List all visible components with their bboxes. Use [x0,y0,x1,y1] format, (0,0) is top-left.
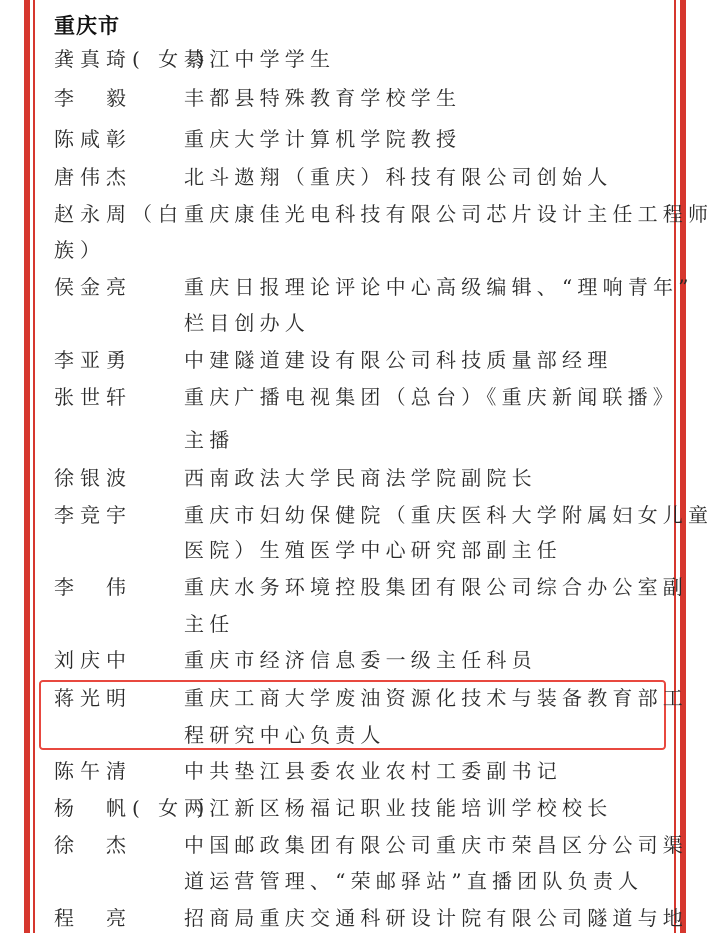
person-title: 重庆市经济信息委一级主任科员 [184,645,537,675]
person-name: 刘庆中 [54,645,132,675]
person-title: 中国邮政集团有限公司重庆市荣昌区分公司渠 [184,830,688,860]
person-title: 綦江中学学生 [184,44,335,74]
left-border-thin [33,0,35,933]
person-name: 蒋光明 [54,683,132,713]
section-title: 重庆市 [54,10,120,40]
person-title: 中共垫江县委农业农村工委副书记 [184,756,562,786]
person-name: 徐银波 [54,463,132,493]
person-title: 北斗遨翔（重庆）科技有限公司创始人 [184,162,612,192]
person-name: 徐 杰 [54,830,132,860]
person-title: 栏目创办人 [184,308,310,338]
person-name: 张世轩 [54,382,132,412]
person-title: 重庆大学计算机学院教授 [184,124,461,154]
person-title: 重庆市妇幼保健院（重庆医科大学附属妇女儿童 [184,500,707,530]
person-title: 主任 [184,609,234,639]
person-title: 重庆康佳光电科技有限公司芯片设计主任工程师 [184,199,707,229]
person-name: 李亚勇 [54,345,132,375]
person-title: 招商局重庆交通科研设计院有限公司隧道与地 [184,903,688,933]
person-name: 赵永周（白 [54,199,184,229]
person-title: 两江新区杨福记职业技能培训学校校长 [184,793,612,823]
person-title: 道运营管理、“荣邮驿站”直播团队负责人 [184,866,643,896]
person-title: 中建隧道建设有限公司科技质量部经理 [184,345,612,375]
person-name: 陈咸彰 [54,124,132,154]
person-title: 重庆水务环境控股集团有限公司综合办公室副 [184,572,688,602]
right-border-thin [674,0,676,933]
person-title: 重庆日报理论评论中心高级编辑、“理响青年” [184,272,694,302]
person-name: 李竞宇 [54,500,132,530]
person-title: 西南政法大学民商法学院副院长 [184,463,537,493]
left-border-thick [24,0,30,933]
person-name: 李 伟 [54,572,132,602]
person-title: 重庆工商大学废油资源化技术与装备教育部工 [184,683,688,713]
person-title: 程研究中心负责人 [184,720,386,750]
person-name: 程 亮 [54,903,132,933]
person-name: 族） [54,235,106,265]
person-name: 侯金亮 [54,272,132,302]
person-name: 李 毅 [54,83,132,113]
person-title: 重庆广播电视集团（总台）《重庆新闻联播》 [184,382,678,412]
person-name: 唐伟杰 [54,162,132,192]
right-border-thick [680,0,686,933]
person-title: 医院）生殖医学中心研究部副主任 [184,535,562,565]
person-name: 陈午清 [54,756,132,786]
person-title: 主播 [184,425,234,455]
person-title: 丰都县特殊教育学校学生 [184,83,461,113]
